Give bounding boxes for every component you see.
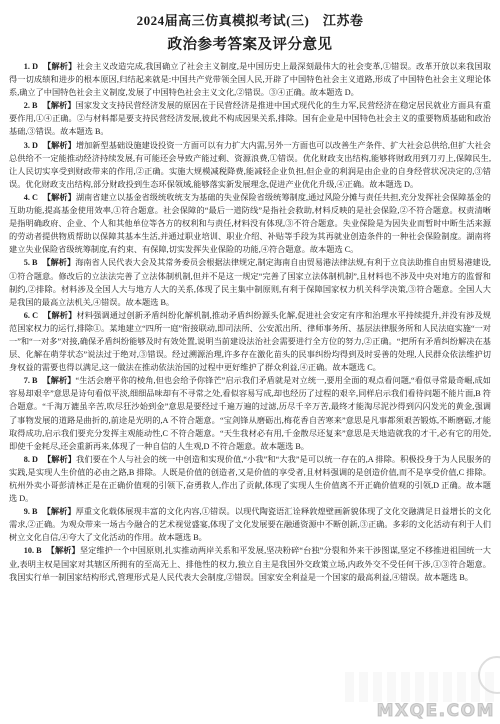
answer-item-9: 9. B【解析】厚重文化载体展现丰富的文化内容,①错误。以现代陶瓷语汇诠释敦煌壁… (9, 505, 491, 544)
answer-text: 海南省人民代表大会及其常务委员会根据法律规定,制定海南自由贸易港法律法规,有利于… (9, 258, 491, 306)
answer-item-1: 1. D【解析】社会主义改造完成,我国确立了社会主义制度,是中国历史上最深刻最伟… (9, 60, 491, 99)
analysis-tag: 【解析】 (43, 141, 76, 150)
page-title: 政治参考答案及评分意见 (9, 33, 491, 54)
answer-item-10: 10. B【解析】坚定维护一个中国原则,扎实推动两岸关系和平发展,坚决粉碎“台独… (9, 544, 491, 583)
answer-text: 湖南省建立以基金省级统收统支为基础的失业保险省级统筹制度,通过风险分摊与责任共担… (9, 193, 491, 254)
answer-text: 我们要在个人与社会的统一中创造和实现价值,“小我”和“大我”是可以统一存在的,A… (9, 455, 491, 503)
answer-number: 3. D (24, 141, 38, 150)
answer-text: 社会主义改造完成,我国确立了社会主义制度,是中国历史上最深刻最伟大的社会变革,①… (9, 62, 491, 97)
answer-number: 9. B (24, 507, 38, 516)
answer-item-6: 6. C【解析】材料强调通过创新矛盾纠纷化解机制,推动矛盾纠纷源头化解,促进社会… (9, 309, 491, 374)
answer-text: 材料强调通过创新矛盾纠纷化解机制,推动矛盾纠纷源头化解,促进社会安定有序和治理水… (9, 311, 491, 372)
partial-stamp-mark (478, 656, 500, 694)
answer-number: 4. C (24, 193, 38, 202)
answer-number: 5. B (24, 258, 38, 267)
analysis-tag: 【解析】 (47, 546, 80, 555)
analysis-tag: 【解析】 (43, 311, 76, 320)
exam-title: 2024届高三仿真模拟考试(三) 江苏卷 (9, 10, 491, 29)
answer-item-7: 7. B【解析】“生活会磨平你的棱角,但也会给予你锋芒”启示我们矛盾就是对立统一… (9, 374, 491, 453)
answer-item-4: 4. C【解析】湖南省建立以基金省级统收统支为基础的失业保险省级统筹制度,通过风… (9, 191, 491, 256)
answer-number: 2. B (24, 101, 38, 110)
answer-item-3: 3. D【解析】增加新型基础设施建设投资一方面可以有力扩大内需,另外一方面也可以… (9, 139, 491, 191)
answers-list: 1. D【解析】社会主义改造完成,我国确立了社会主义制度,是中国历史上最深刻最伟… (9, 60, 491, 584)
answer-number: 7. B (24, 376, 38, 385)
answer-item-5: 5. B【解析】海南省人民代表大会及其常务委员会根据法律规定,制定海南自由贸易港… (9, 256, 491, 308)
answer-number: 6. C (24, 311, 38, 320)
answer-text: 国家发文支持民营经济发展的原因在于民营经济是推进中国式现代化的生力军,民营经济在… (9, 101, 491, 136)
analysis-tag: 【解析】 (43, 62, 76, 71)
answer-sheet-page: 2024届高三仿真模拟考试(三) 江苏卷 政治参考答案及评分意见 1. D【解析… (0, 0, 500, 584)
answer-number: 10. B (24, 546, 42, 555)
analysis-tag: 【解析】 (43, 193, 76, 202)
analysis-tag: 【解析】 (42, 507, 75, 516)
answer-number: 1. D (24, 62, 38, 71)
analysis-tag: 【解析】 (42, 101, 75, 110)
answer-text: 坚定维护一个中国原则,扎实推动两岸关系和平发展,坚决粉碎“台独”分裂和外来干涉图… (9, 546, 491, 581)
answer-item-2: 2. B【解析】国家发文支持民营经济发展的原因在于民营经济是推进中国式现代化的生… (9, 99, 491, 138)
answer-text: 厚重文化载体展现丰富的文化内容,①错误。以现代陶瓷语汇诠释敦煌壁画新貌体现了文化… (9, 507, 491, 542)
answer-item-8: 8. D【解析】我们要在个人与社会的统一中创造和实现价值,“小我”和“大我”是可… (9, 453, 491, 505)
answer-number: 8. D (24, 455, 38, 464)
analysis-tag: 【解析】 (43, 455, 76, 464)
site-watermark: MXQE.COM (377, 701, 495, 721)
analysis-tag: 【解析】 (42, 376, 75, 385)
analysis-tag: 【解析】 (42, 258, 75, 267)
answer-text: “生活会磨平你的棱角,但也会给予你锋芒”启示我们矛盾就是对立统一,要用全面的观点… (9, 376, 491, 450)
answer-text: 增加新型基础设施建设投资一方面可以有力扩大内需,另外一方面也可以改善生产条件、扩… (9, 141, 491, 189)
watermark-ghost-overlay (345, 672, 495, 702)
